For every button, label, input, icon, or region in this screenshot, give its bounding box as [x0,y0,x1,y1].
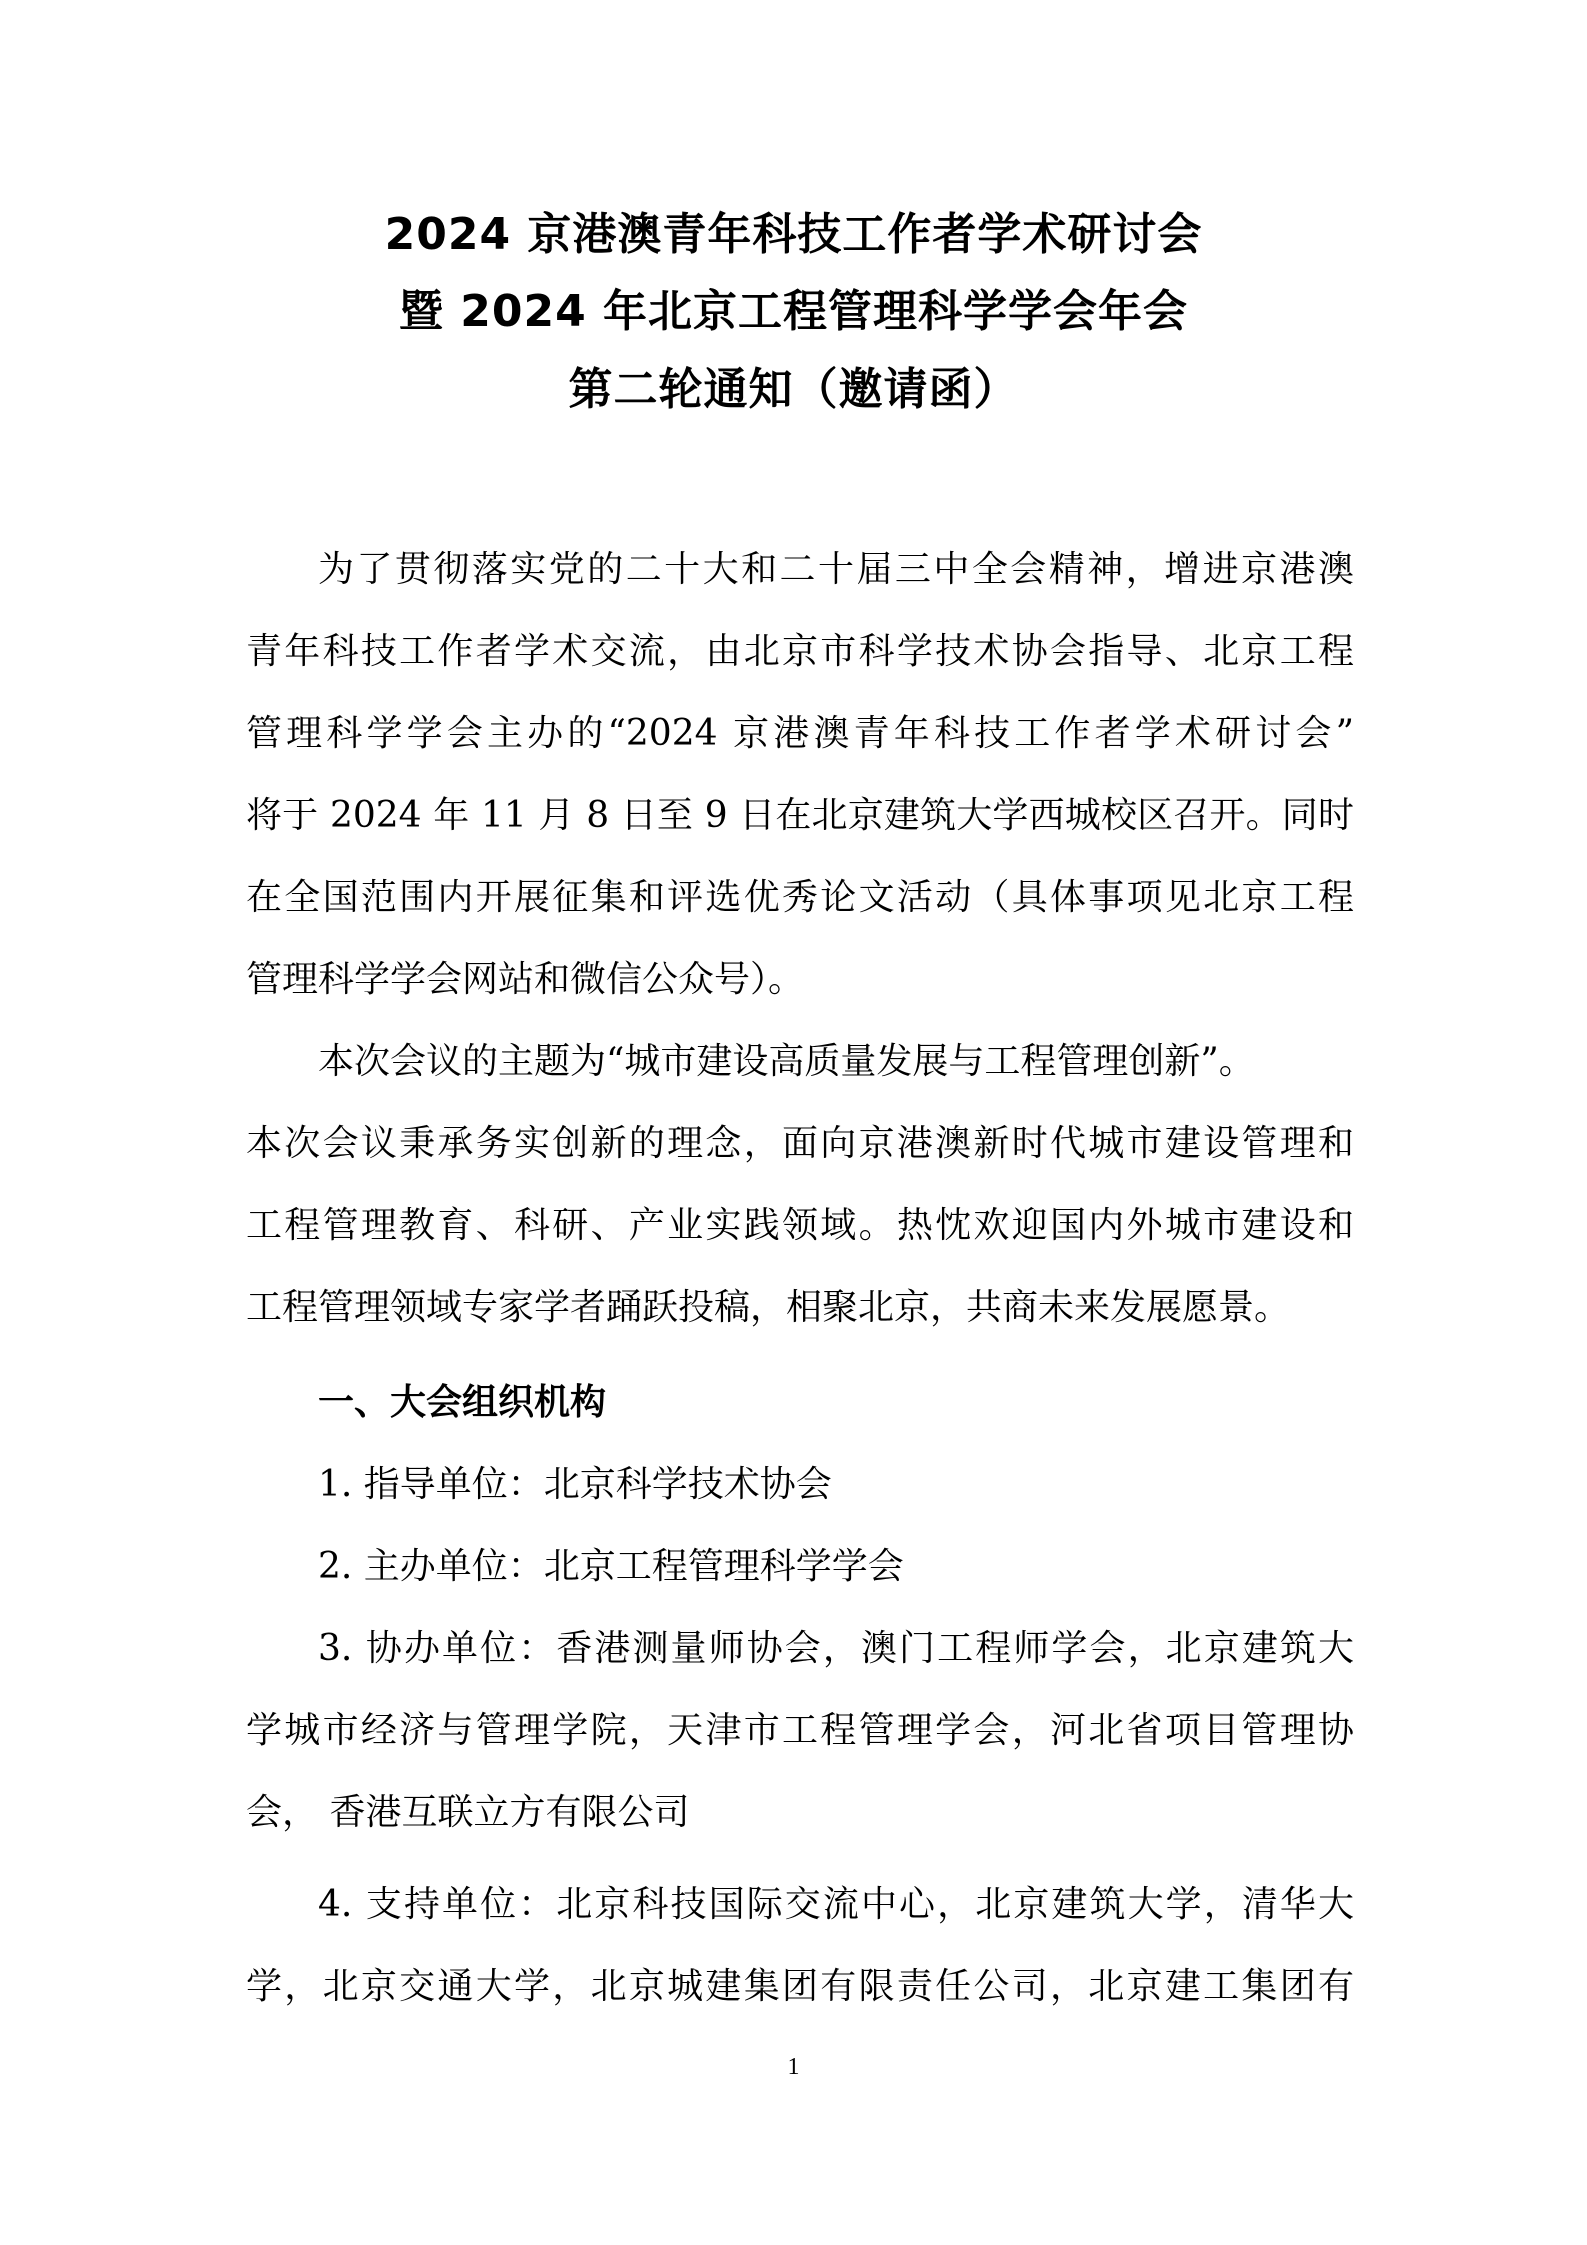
organizer-item-co-organizer-line: 会， 香港互联立方有限公司 [246,1788,1354,1838]
intro-paragraph-line: 管理科学学会网站和微信公众号）。 [246,955,1354,1005]
organizer-item-co-organizer-line: 3. 协办单位：香港测量师协会，澳门工程师学会，北京建筑大 [318,1624,1354,1674]
theme-paragraph-line: 工程管理教育、科研、产业实践领域。热忱欢迎国内外城市建设和 [246,1201,1354,1251]
theme-paragraph-line: 本次会议的主题为“城市建设高质量发展与工程管理创新”。 [318,1037,1354,1087]
section-1-heading: 一、大会组织机构 [318,1378,606,1428]
organizer-item-host: 2. 主办单位：北京工程管理科学学会 [318,1542,1354,1592]
organizer-item-supporter-line: 学，北京交通大学，北京城建集团有限责任公司，北京建工集团有 [246,1962,1354,2012]
intro-paragraph-line: 管理科学学会主办的“2024 京港澳青年科技工作者学术研讨会” [246,709,1354,759]
organizer-item-co-organizer-line: 学城市经济与管理学院，天津市工程管理学会，河北省项目管理协 [246,1706,1354,1756]
title-line-1: 2024 京港澳青年科技工作者学术研讨会 [0,205,1587,265]
organizer-item-guidance: 1. 指导单位：北京科学技术协会 [318,1460,1354,1510]
theme-paragraph-line: 工程管理领域专家学者踊跃投稿，相聚北京，共商未来发展愿景。 [246,1283,1354,1333]
organizer-item-supporter-line: 4. 支持单位：北京科技国际交流中心，北京建筑大学，清华大 [318,1880,1354,1930]
intro-paragraph-line: 在全国范围内开展征集和评选优秀论文活动（具体事项见北京工程 [246,873,1354,923]
document-page: 2024 京港澳青年科技工作者学术研讨会 暨 2024 年北京工程管理科学学会年… [0,0,1587,2245]
intro-paragraph-line: 青年科技工作者学术交流，由北京市科学技术协会指导、北京工程 [246,627,1354,677]
page-number: 1 [0,2052,1587,2082]
intro-paragraph-line: 将于 2024 年 11 月 8 日至 9 日在北京建筑大学西城校区召开。同时 [246,791,1354,841]
theme-paragraph-line: 本次会议秉承务实创新的理念，面向京港澳新时代城市建设管理和 [246,1119,1354,1169]
title-line-3: 第二轮通知（邀请函） [0,360,1587,420]
title-line-2: 暨 2024 年北京工程管理科学学会年会 [0,282,1587,342]
intro-paragraph-line: 为了贯彻落实党的二十大和二十届三中全会精神，增进京港澳 [318,545,1354,595]
